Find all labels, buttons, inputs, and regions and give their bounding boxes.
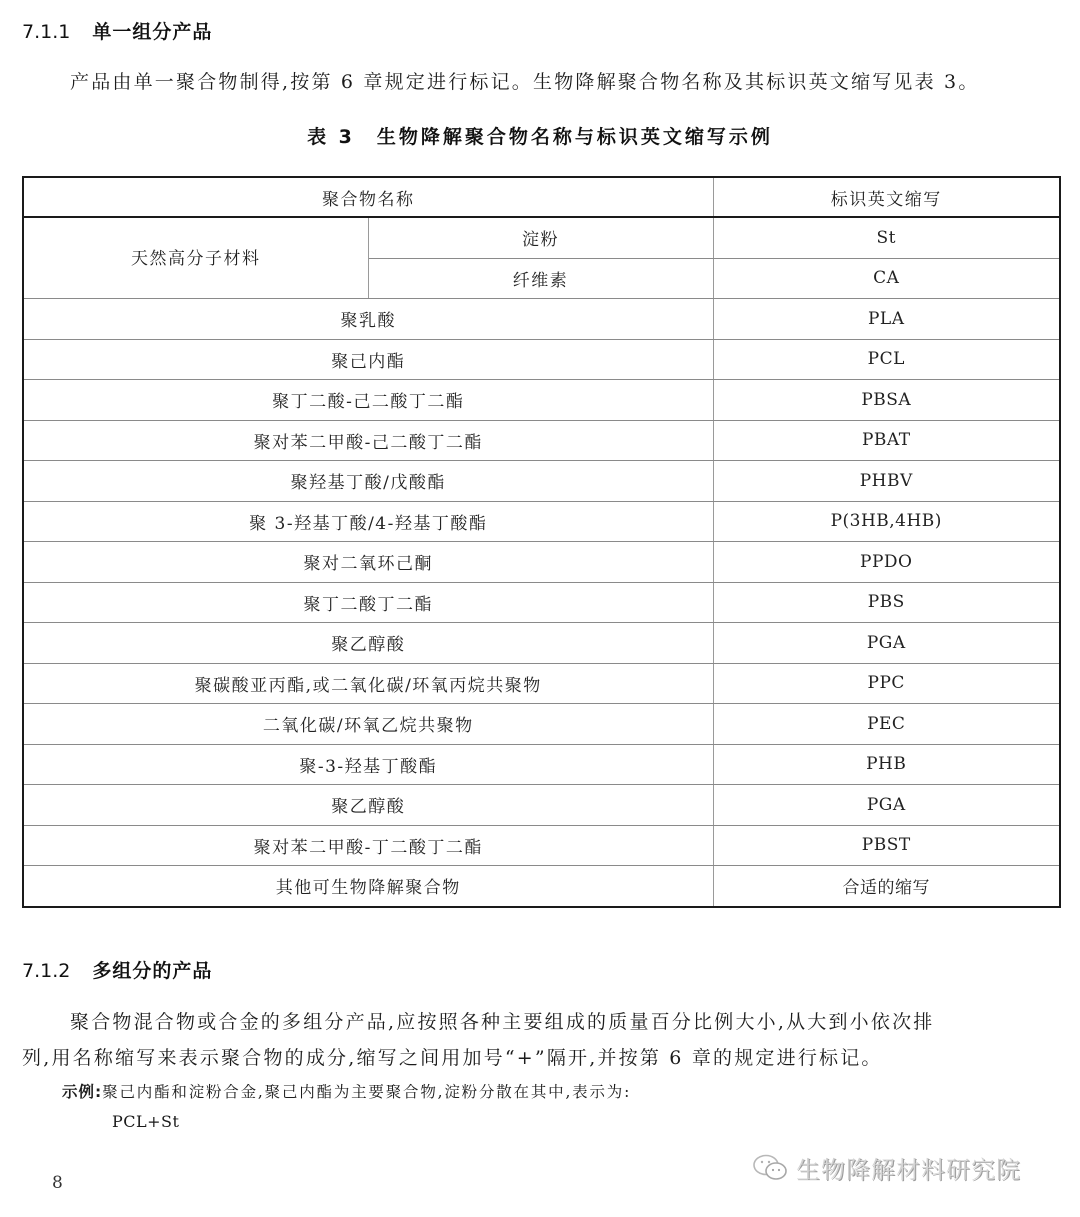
table-row: 二氧化碳/环氧乙烷共聚物PEC bbox=[23, 704, 1060, 745]
example-text: 聚己内酯和淀粉合金,聚己内酯为主要聚合物,淀粉分散在其中,表示为: bbox=[102, 1083, 631, 1101]
table-row: 其他可生物降解聚合物合适的缩写 bbox=[23, 866, 1060, 907]
example-label: 示例: bbox=[62, 1083, 102, 1101]
group-item-abbreviation: CA bbox=[713, 258, 1060, 299]
polymer-abbreviation: PBS bbox=[713, 582, 1060, 623]
section-title: 单一组分产品 bbox=[92, 21, 212, 43]
example-formula: PCL+St bbox=[112, 1112, 179, 1131]
polymer-abbreviation: 合适的缩写 bbox=[713, 866, 1060, 907]
table-row: 聚丁二酸-己二酸丁二酯PBSA bbox=[23, 380, 1060, 421]
section-paragraph-line-1: 聚合物混合物或合金的多组分产品,应按照各种主要组成的质量百分比例大小,从大到小依… bbox=[70, 1004, 934, 1040]
section-heading-7-1-2: 7.1.2多组分的产品 bbox=[22, 956, 212, 983]
group-label: 天然高分子材料 bbox=[23, 217, 368, 299]
section-title: 多组分的产品 bbox=[92, 960, 212, 982]
polymer-name: 聚羟基丁酸/戊酸酯 bbox=[23, 461, 713, 502]
section-paragraph: 产品由单一聚合物制得,按第 6 章规定进行标记。生物降解聚合物名称及其标识英文缩… bbox=[70, 64, 980, 100]
table-row: 聚丁二酸丁二酯PBS bbox=[23, 582, 1060, 623]
polymer-name: 聚对苯二甲酸-丁二酸丁二酯 bbox=[23, 825, 713, 866]
table-row: 聚乳酸PLA bbox=[23, 299, 1060, 340]
table-row: 聚乙醇酸PGA bbox=[23, 785, 1060, 826]
polymer-abbreviation: PGA bbox=[713, 623, 1060, 664]
polymer-abbreviation: PEC bbox=[713, 704, 1060, 745]
polymer-name: 聚 3-羟基丁酸/4-羟基丁酸酯 bbox=[23, 501, 713, 542]
polymer-name: 聚乳酸 bbox=[23, 299, 713, 340]
table-row: 聚乙醇酸PGA bbox=[23, 623, 1060, 664]
table-header-row: 聚合物名称 标识英文缩写 bbox=[23, 177, 1060, 217]
header-abbreviation: 标识英文缩写 bbox=[713, 177, 1060, 217]
polymer-abbreviation: PHB bbox=[713, 744, 1060, 785]
example-line: 示例:聚己内酯和淀粉合金,聚己内酯为主要聚合物,淀粉分散在其中,表示为: bbox=[62, 1080, 631, 1102]
polymer-name: 聚对苯二甲酸-己二酸丁二酯 bbox=[23, 420, 713, 461]
header-polymer-name: 聚合物名称 bbox=[23, 177, 713, 217]
polymer-name: 聚碳酸亚丙酯,或二氧化碳/环氧丙烷共聚物 bbox=[23, 663, 713, 704]
polymer-name: 聚乙醇酸 bbox=[23, 785, 713, 826]
group-item-abbreviation: St bbox=[713, 217, 1060, 258]
polymer-abbreviation: PBSA bbox=[713, 380, 1060, 421]
table-number: 表 3 bbox=[307, 126, 355, 148]
section-heading-7-1-1: 7.1.1单一组分产品 bbox=[22, 17, 212, 44]
polymer-name: 聚己内酯 bbox=[23, 339, 713, 380]
polymer-name: 聚乙醇酸 bbox=[23, 623, 713, 664]
table-title: 生物降解聚合物名称与标识英文缩写示例 bbox=[377, 126, 773, 148]
polymer-abbreviation: PPC bbox=[713, 663, 1060, 704]
watermark: 生物降解材料研究院 bbox=[752, 1150, 1021, 1185]
section-number: 7.1.2 bbox=[22, 960, 70, 982]
polymer-name: 二氧化碳/环氧乙烷共聚物 bbox=[23, 704, 713, 745]
polymer-abbreviation: P(3HB,4HB) bbox=[713, 501, 1060, 542]
table-row: 聚对苯二甲酸-丁二酸丁二酯PBST bbox=[23, 825, 1060, 866]
group-item-name: 纤维素 bbox=[368, 258, 713, 299]
polymer-abbreviation: PBST bbox=[713, 825, 1060, 866]
wechat-icon bbox=[752, 1153, 790, 1183]
group-item-name: 淀粉 bbox=[368, 217, 713, 258]
table-row: 聚对苯二甲酸-己二酸丁二酯PBAT bbox=[23, 420, 1060, 461]
polymer-name: 聚对二氧环己酮 bbox=[23, 542, 713, 583]
polymer-abbreviation: PBAT bbox=[713, 420, 1060, 461]
table-row: 聚对二氧环己酮PPDO bbox=[23, 542, 1060, 583]
polymer-abbreviation: PHBV bbox=[713, 461, 1060, 502]
polymer-abbreviation: PPDO bbox=[713, 542, 1060, 583]
polymer-name: 聚丁二酸-己二酸丁二酯 bbox=[23, 380, 713, 421]
polymer-abbreviation: PLA bbox=[713, 299, 1060, 340]
section-number: 7.1.1 bbox=[22, 21, 70, 43]
polymer-abbreviation: PCL bbox=[713, 339, 1060, 380]
polymer-abbreviation: PGA bbox=[713, 785, 1060, 826]
table-row: 天然高分子材料 淀粉 St bbox=[23, 217, 1060, 258]
table-caption: 表 3生物降解聚合物名称与标识英文缩写示例 bbox=[0, 122, 1080, 149]
polymer-name: 其他可生物降解聚合物 bbox=[23, 866, 713, 907]
table-row: 聚羟基丁酸/戊酸酯PHBV bbox=[23, 461, 1060, 502]
page-number: 8 bbox=[52, 1173, 63, 1193]
table-row: 聚 3-羟基丁酸/4-羟基丁酸酯P(3HB,4HB) bbox=[23, 501, 1060, 542]
table-row: 聚-3-羟基丁酸酯PHB bbox=[23, 744, 1060, 785]
table-row: 聚己内酯PCL bbox=[23, 339, 1060, 380]
polymer-abbreviation-table: 聚合物名称 标识英文缩写 天然高分子材料 淀粉 St 纤维素 CA 聚乳酸PLA… bbox=[22, 176, 1061, 908]
polymer-name: 聚丁二酸丁二酯 bbox=[23, 582, 713, 623]
watermark-text: 生物降解材料研究院 bbox=[796, 1150, 1021, 1185]
polymer-name: 聚-3-羟基丁酸酯 bbox=[23, 744, 713, 785]
section-paragraph-line-2: 列,用名称缩写来表示聚合物的成分,缩写之间用加号“+”隔开,并按第 6 章的规定… bbox=[22, 1040, 883, 1076]
table-row: 聚碳酸亚丙酯,或二氧化碳/环氧丙烷共聚物PPC bbox=[23, 663, 1060, 704]
